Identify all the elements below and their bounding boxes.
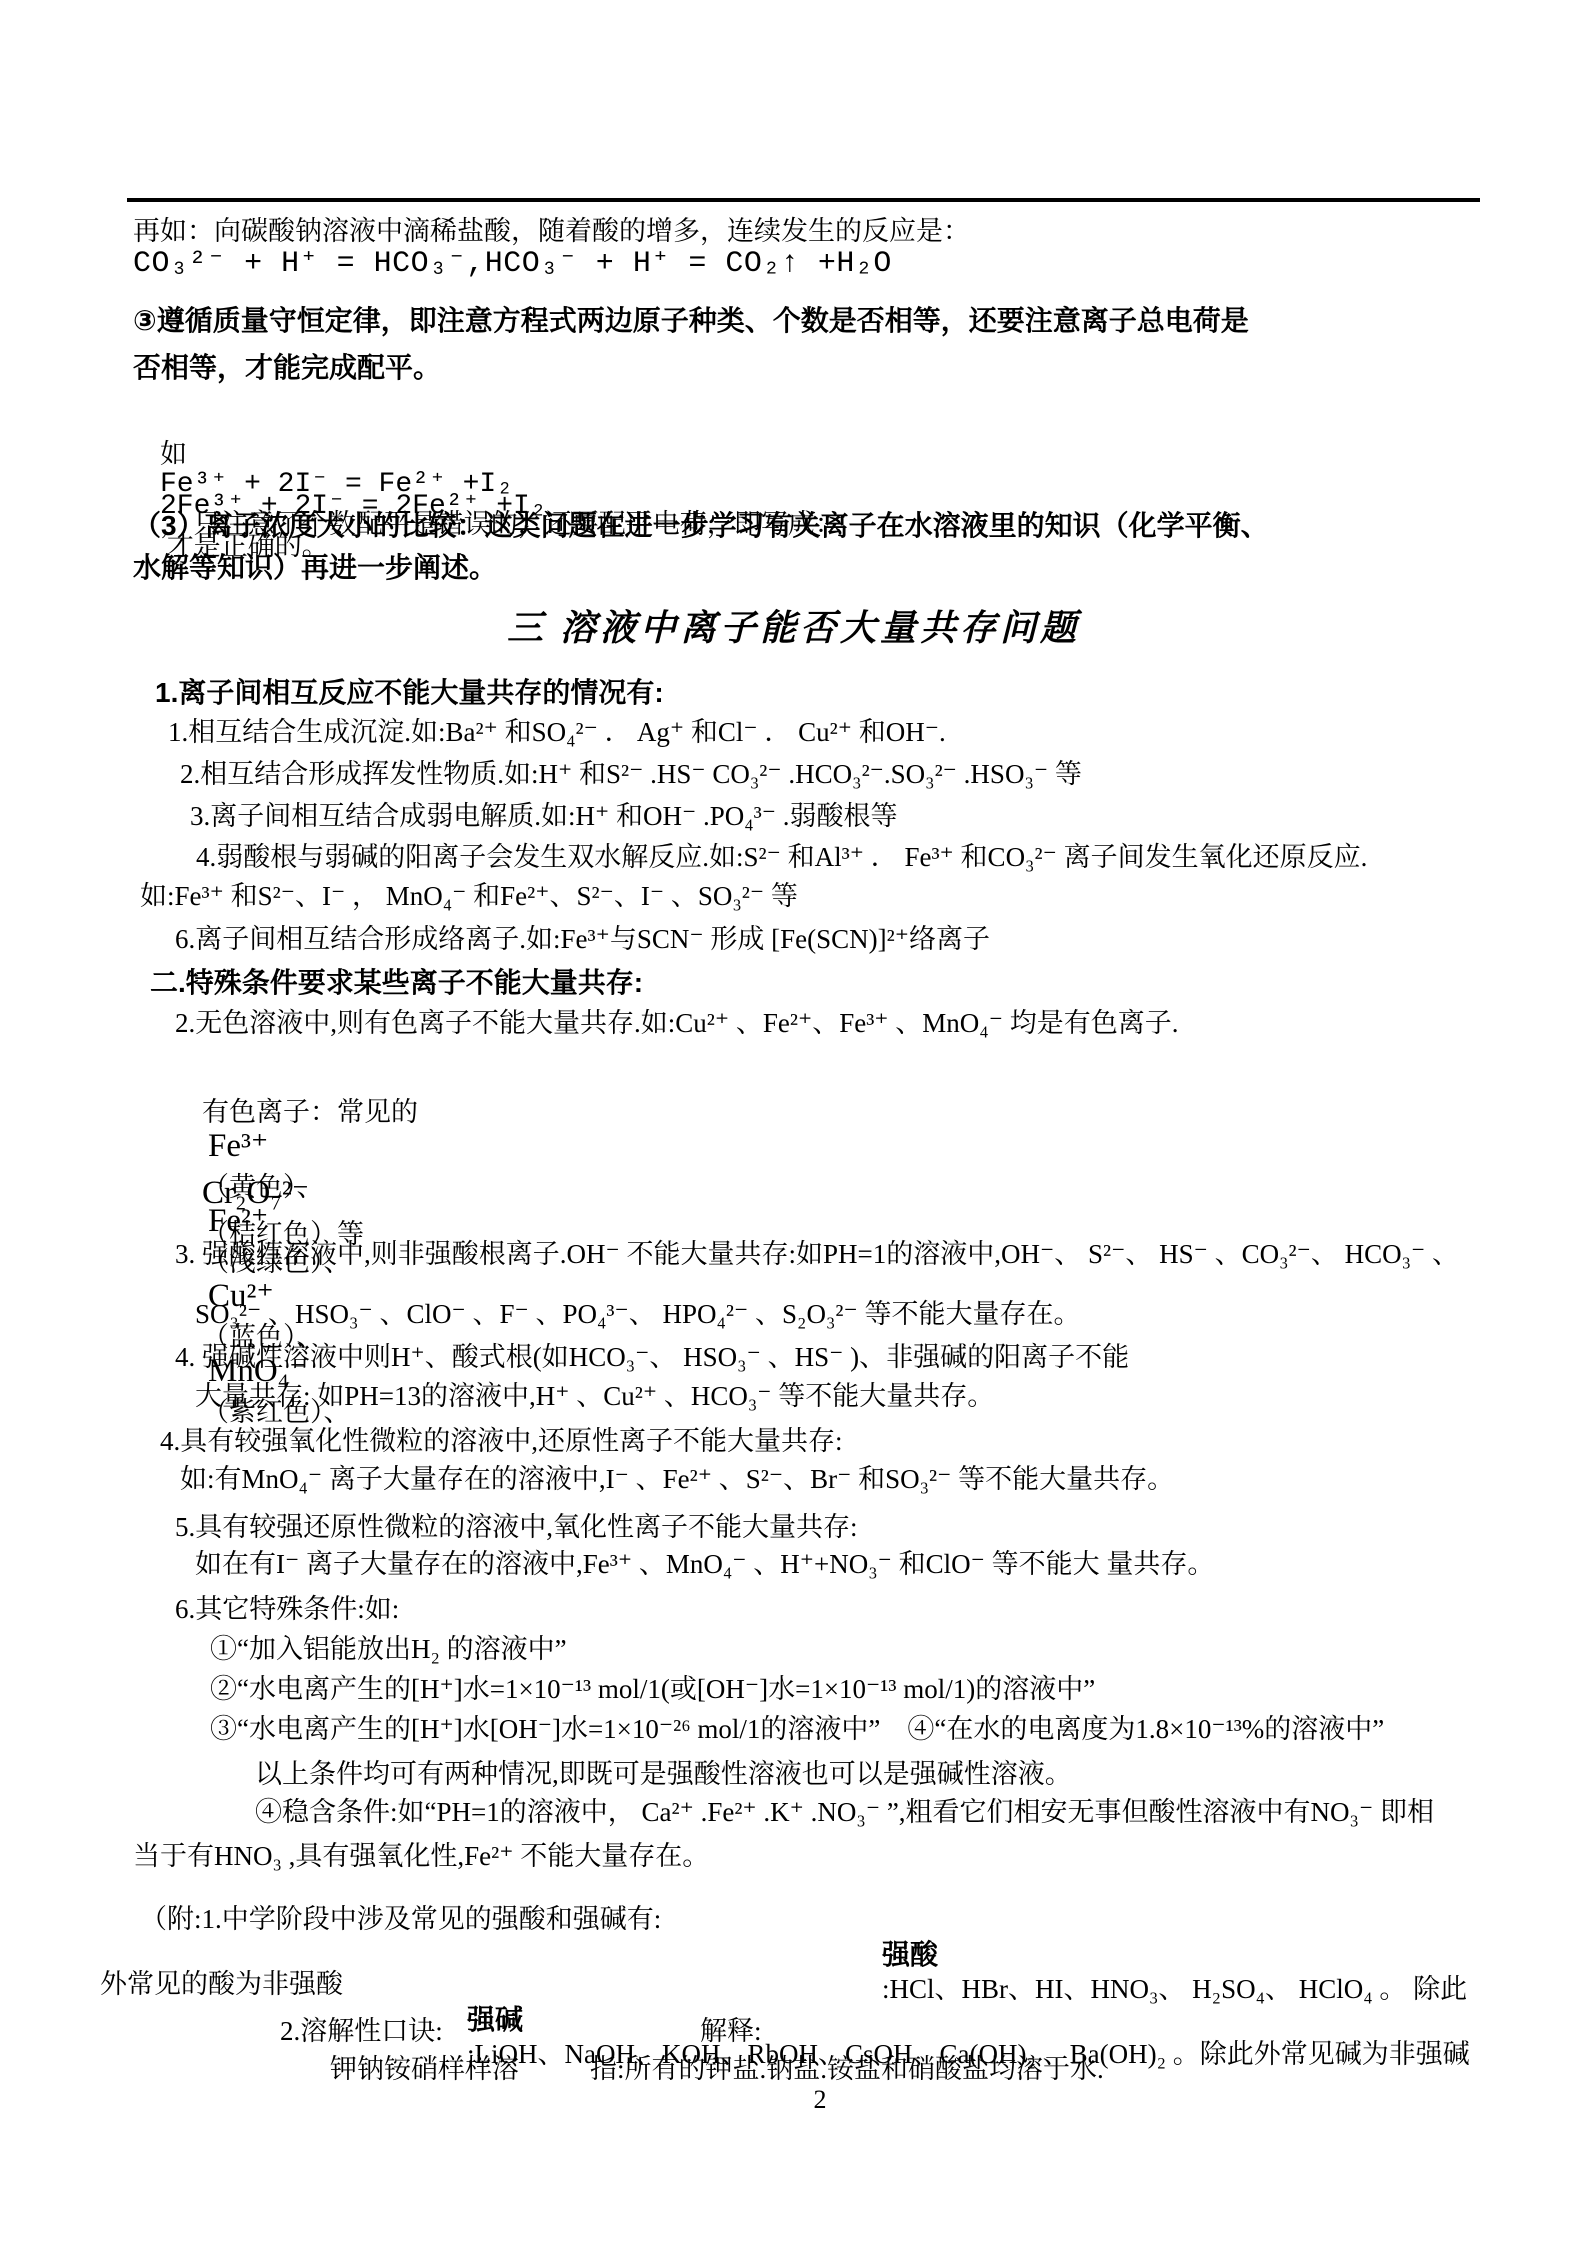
condition-aluminum-h2: ①“加入铝能放出H₂ 的溶液中” [210, 1633, 567, 1667]
strong-acid-solution-line1: 3. 强酸性溶液中,则非强酸根离子.OH⁻ 不能大量共存:如PH=1的溶液中,O… [175, 1238, 1459, 1272]
strong-base-solution-line2: 大量共存: 如PH=13的溶液中,H⁺ 、Cu²⁺ 、HCO₃⁻ 等不能大量共存… [195, 1380, 994, 1414]
document-page: 再如：向碳酸钠溶液中滴稀盐酸，随着酸的增多，连续发生的反应是： CO₃²⁻ + … [0, 0, 1587, 2245]
other-conditions-heading: 6.其它特殊条件:如: [175, 1593, 399, 1627]
oxidizing-solution-line1: 4.具有较强氧化性微粒的溶液中,还原性离子不能大量共存: [160, 1425, 843, 1459]
item-double-hydrolysis: 4.弱酸根与弱碱的阳离子会发生双水解反应.如:S²⁻ 和Al³⁺ ． Fe³⁺ … [196, 841, 1367, 875]
rule3-line2: 否相等，才能完成配平。 [133, 350, 441, 385]
colored-ions-label: 有色离子：常见的 [202, 1097, 418, 1127]
hidden-condition-line2: 当于有HNO₃ ,具有强氧化性,Fe²⁺ 不能大量存在。 [133, 1840, 709, 1874]
solubility-rhyme-heading: 2.溶解性口诀: [280, 2015, 443, 2049]
strong-acid-label: 强酸 [882, 1939, 938, 1970]
strong-base-label: 强碱 [467, 2004, 523, 2035]
hidden-condition-line1: ④稳含条件:如“PH=1的溶液中， Ca²⁺ .Fe²⁺ .K⁺ .NO₃⁻ ”… [255, 1796, 1434, 1830]
section-title: 三 溶液中离子能否大量共存问题 [0, 600, 1587, 651]
item-weak-electrolyte: 3.离子间相互结合成弱电解质.如:H⁺ 和OH⁻ .PO₄³⁻ .弱酸根等 [190, 800, 898, 834]
strong-acid-solution-line2: SO₃²⁻ 、HSO₃⁻ 、ClO⁻ 、F⁻ 、PO₄³⁻、 HPO₄²⁻ 、S… [195, 1298, 1080, 1332]
item-redox-examples: 如:Fe³⁺ 和S²⁻、I⁻ ， MnO₄⁻ 和Fe²⁺、S²⁻、I⁻ 、SO₃… [140, 880, 798, 914]
equation-carbonate: CO₃²⁻ + H⁺ = HCO₃⁻,HCO₃⁻ + H⁺ = CO₂↑ +H₂… [133, 246, 892, 284]
reducing-solution-line2: 如在有I⁻ 离子大量存在的溶液中,Fe³⁺ 、MnO₄⁻ 、H⁺+NO₃⁻ 和C… [195, 1548, 1214, 1582]
paragraph-intro: 再如：向碳酸钠溶液中滴稀盐酸，随着酸的增多，连续发生的反应是： [133, 215, 970, 249]
item-precipitate: 1.相互结合生成沉淀.如:Ba²⁺ 和SO₄²⁻ ． Ag⁺ 和Cl⁻ ． Cu… [168, 716, 946, 750]
strong-base-solution-line1: 4. 强碱性溶液中则H⁺、酸式根(如HCO₃⁻、 HSO₃⁻ 、HS⁻ )、非强… [175, 1341, 1129, 1375]
heading-1: 1.离子间相互反应不能大量共存的情况有: [155, 675, 664, 710]
explanation-heading: 解释: [700, 2015, 762, 2049]
point3-line1: （3）离子浓度大小的比较：这类问题在进一步学习有关离子在水溶液里的知识（化学平衡… [133, 508, 1269, 543]
condition-water-ionization-1: ②“水电离产生的[H⁺]水=1×10⁻¹³ mol/1(或[OH⁻]水=1×10… [210, 1673, 1095, 1707]
non-strong-acid-note: 外常见的酸为非强酸 [100, 1968, 343, 2002]
formula-cr2o7: Cr₂O₇²⁻ [202, 1175, 315, 1211]
condition-water-ionization-2: ③“水电离产生的[H⁺]水[OH⁻]水=1×10⁻²⁶ mol/1的溶液中” ④… [210, 1713, 1384, 1747]
appendix-intro: （附:1.中学阶段中涉及常见的强酸和强碱有: [140, 1903, 661, 1937]
page-number: 2 [0, 2085, 1587, 2115]
colorless-solution-line: 2.无色溶液中,则有色离子不能大量共存.如:Cu²⁺ 、Fe²⁺、Fe³⁺ 、M… [175, 1007, 1178, 1041]
condition-note: 以上条件均可有两种情况,即既可是强酸性溶液也可以是强碱性溶液。 [255, 1758, 1072, 1792]
top-horizontal-rule [127, 198, 1480, 202]
item-complex-ion: 6.离子间相互结合形成络离子.如:Fe³⁺与SCN⁻ 形成 [Fe(SCN)]²… [175, 923, 990, 957]
heading-2: 二.特殊条件要求某些离子不能大量共存: [150, 965, 643, 1000]
reducing-solution-line1: 5.具有较强还原性微粒的溶液中,氧化性离子不能大量共存: [175, 1511, 858, 1545]
oxidizing-solution-line2: 如:有MnO₄⁻ 离子大量存在的溶液中,I⁻ 、Fe²⁺ 、S²⁻、Br⁻ 和S… [180, 1463, 1174, 1497]
item-volatile: 2.相互结合形成挥发性物质.如:H⁺ 和S²⁻ .HS⁻ CO₃²⁻ .HCO₃… [180, 758, 1082, 792]
rhyme-line: 钾钠铵硝样样溶 [330, 2053, 519, 2087]
point3-line2: 水解等知识）再进一步阐述。 [133, 550, 497, 585]
rule3-line1: ③遵循质量守恒定律，即注意方程式两边原子种类、个数是否相等，还要注意离子总电荷是 [133, 303, 1249, 338]
rhyme-explanation: 指:所有的钾盐.钠盐.铵盐和硝酸盐均溶于水. [590, 2053, 1104, 2087]
